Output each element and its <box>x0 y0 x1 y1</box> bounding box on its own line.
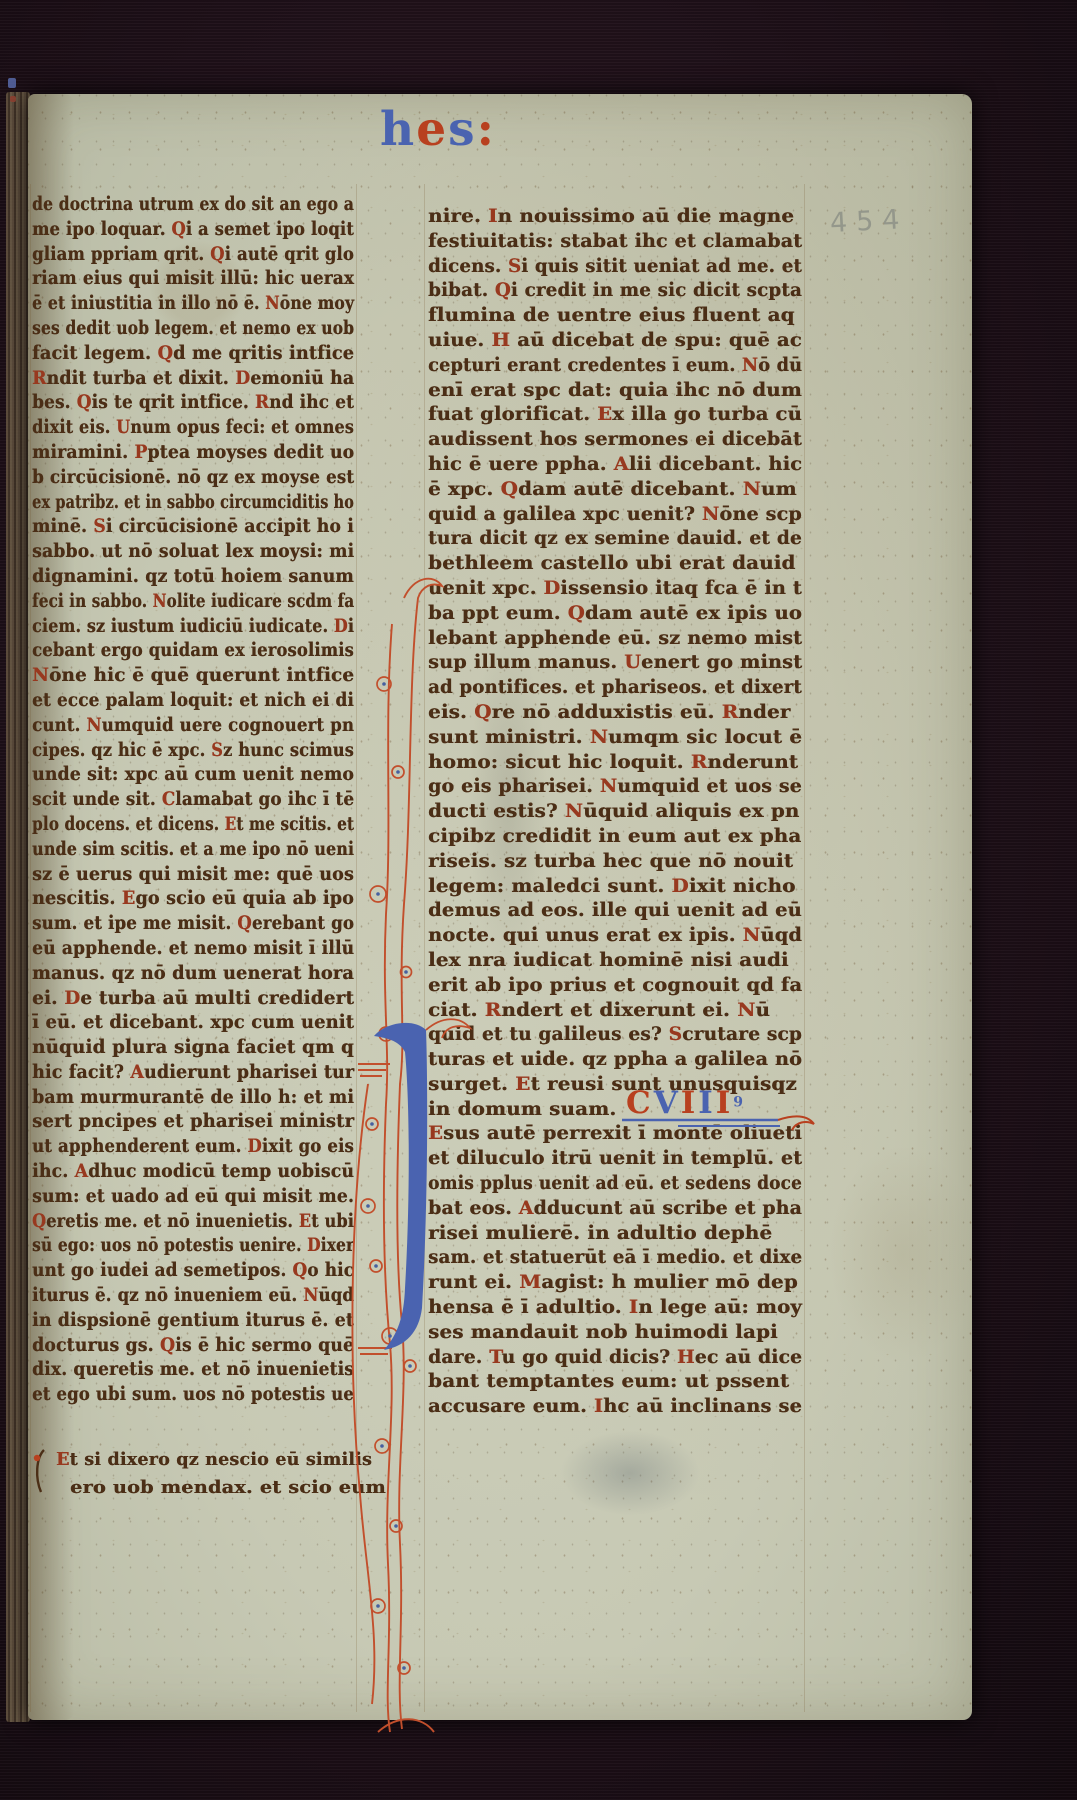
text-line: dare. Tu go quid dicis? Hec aū dice <box>428 1346 802 1371</box>
text-line: cipibz credidit in eum aut ex pha <box>428 825 802 850</box>
text-line: sum. et ipe me misit. Qerebant go <box>32 912 354 937</box>
text-line: minē. Si circūcisionē accipit ho i <box>32 515 354 540</box>
text-line: Nōne hic ē quē querunt intfice <box>32 664 354 689</box>
text-line: sert pncipes et pharisei ministr <box>32 1110 354 1135</box>
chapter-number-superscript: 9 <box>733 1095 743 1111</box>
text-line: ē xpc. Qdam autē dicebant. Num <box>428 478 802 503</box>
text-line: ad pontifices. et phariseos. et dixert <box>428 676 802 701</box>
title-letter: h <box>380 102 416 157</box>
text-line: sunt ministri. Numqm sic locut ē <box>428 726 802 751</box>
text-line: ba ppt eum. Qdam autē ex ipis uo <box>428 602 802 627</box>
text-line: ī eū. et dicebant. xpc cum uenit <box>32 1011 354 1036</box>
text-line: ex patribz. et in sabbo circumciditis ho <box>32 491 354 516</box>
chapter-rubric: CVIII9 <box>626 1088 816 1128</box>
ruling-line <box>804 184 805 1712</box>
text-line: gliam ppriam qrit. Qi autē qrit glo <box>32 243 354 268</box>
rubric-underline-icon <box>620 1112 820 1138</box>
text-line: legem: maledci sunt. Dixit nicho <box>428 875 802 900</box>
text-line: sup illum manus. Uenert go minst <box>428 651 802 676</box>
edge-fleck-blue <box>8 78 16 88</box>
text-line: hic facit? Audierunt pharisei tur <box>32 1061 354 1086</box>
edge-fleck-red <box>10 96 16 102</box>
text-line: docturus gs. Qis ē hic sermo quē <box>32 1334 354 1359</box>
text-line: uiue. H aū dicebat de spu: quē ac <box>428 329 802 354</box>
text-line: ciat. Rndert et dixerunt ei. Nū <box>428 999 802 1024</box>
addendum-lines: Et si dixero qz nescio eū similisero uob… <box>56 1446 372 1502</box>
text-line: et ecce palam loquit: et nich ei di <box>32 689 354 714</box>
text-line: sam. et statuerūt eā ī medio. et dixe <box>428 1246 802 1271</box>
text-line: bam murmurantē de illo h: et mi <box>32 1086 354 1111</box>
title-letter: e <box>416 102 448 157</box>
text-line: eū apphende. et nemo misit ī illū <box>32 937 354 962</box>
running-title: hes: <box>328 106 548 153</box>
text-line: nescitis. Ego scio eū quia ab ipo <box>32 887 354 912</box>
text-line: hensa ē ī adultio. In lege aū: moy <box>428 1296 802 1321</box>
text-line: flumina de uentre eius fluent aq <box>428 304 802 329</box>
text-line: turas et uide. qz ppha a galilea nō <box>428 1048 802 1073</box>
text-line: riam eius qui misit illū: hic uerax <box>32 267 354 292</box>
text-line: risei mulierē. in adultio dephē <box>428 1222 802 1247</box>
text-line: cebant ergo quidam ex ierosolimis <box>32 639 354 664</box>
folio-number: 454 <box>829 204 909 239</box>
text-line: et diluculo itrū uenit in templū. et <box>428 1147 802 1172</box>
text-line: ero uob mendax. et scio eum <box>70 1474 372 1502</box>
stain <box>560 1430 700 1516</box>
text-line: sum: et uado ad eū qui misit me. <box>32 1185 354 1210</box>
text-line: Rndit turba et dixit. Demoniū ha <box>32 367 354 392</box>
ruling-line <box>30 184 31 1712</box>
text-line: runt ei. Magist: h mulier mō dep <box>428 1271 802 1296</box>
text-line: omis pplus uenit ad eū. et sedens doce <box>428 1172 802 1197</box>
text-line: riseis. sz turba hec que nō nouit <box>428 850 802 875</box>
chapter-initial-letter-I <box>374 1023 427 1350</box>
text-line: demus ad eos. ille qui uenit ad eū <box>428 899 802 924</box>
text-line: ses mandauit nob huimodi lapi <box>428 1321 802 1346</box>
text-line: Et si dixero qz nescio eū similis <box>56 1446 372 1474</box>
text-line: nire. In nouissimo aū die magne <box>428 205 802 230</box>
text-line: ciem. sz iustum iudiciū iudicate. Di <box>32 615 354 640</box>
filigree-curls <box>361 677 416 1674</box>
text-line: ihc. Adhuc modicū temp uobiscū <box>32 1160 354 1185</box>
text-line: bat eos. Adducunt aū scribe et pha <box>428 1197 802 1222</box>
text-line: hic ē uere ppha. Alii dicebant. hic <box>428 453 802 478</box>
text-line: cepturi erant credentes ī eum. Nō dū <box>428 354 802 379</box>
text-line: go eis pharisei. Numquid et uos se <box>428 775 802 800</box>
photo-background: hes: 454 de doctrina utrum ex do sit an … <box>0 0 1077 1800</box>
text-line: sz ē uerus qui misit me: quē uos <box>32 863 354 888</box>
text-line: bethleem castello ubi erat dauid <box>428 552 802 577</box>
text-line: iturus ē. qz nō inueniem eū. Nūqd <box>32 1284 354 1309</box>
text-line: sabbo. ut nō soluat lex moysi: mi <box>32 540 354 565</box>
insertion-mark-icon <box>32 1448 48 1496</box>
text-line: ducti estis? Nūquid aliquis ex pn <box>428 800 802 825</box>
text-line: Qeretis me. et nō inuenietis. Et ubi <box>32 1210 354 1235</box>
text-line: cipes. qz hic ē xpc. Sz hunc scimus <box>32 739 354 764</box>
text-line: ē et iniustitia in illo nō ē. Nōne moy <box>32 292 354 317</box>
text-line: quid a galilea xpc uenit? Nōne scp <box>428 503 802 528</box>
text-line: unde sim scitis. et a me ipo nō ueni <box>32 838 354 863</box>
text-line: unt go iudei ad semetipos. Qo hic <box>32 1259 354 1284</box>
text-line: facit legem. Qd me qritis intfice <box>32 342 354 367</box>
text-line: tura dicit qz ex semine dauid. et de <box>428 527 802 552</box>
ruling-line <box>424 184 425 1712</box>
text-line: dix. queretis me. et nō inuenietis <box>32 1358 354 1383</box>
text-line: plo docens. et dicens. Et me scitis. et <box>32 813 354 838</box>
marginal-addendum: Et si dixero qz nescio eū similisero uob… <box>36 1446 372 1502</box>
text-line: homo: sicut hic loquit. Rnderunt <box>428 751 802 776</box>
text-line: nocte. qui unus erat ex ipis. Nūqd <box>428 924 802 949</box>
stain <box>828 1144 978 1364</box>
text-line: miramini. Pptea moyses dedit uo <box>32 441 354 466</box>
text-line: uenit xpc. Dissensio itaq fca ē in t <box>428 577 802 602</box>
text-line: lex nra iudicat hominē nisi audi <box>428 949 802 974</box>
text-line: ses dedit uob legem. et nemo ex uob <box>32 317 354 342</box>
text-line: sū ego: uos nō potestis uenire. Dixer <box>32 1234 354 1259</box>
text-line: et ego ubi sum. uos nō potestis ue <box>32 1383 354 1408</box>
text-line: unde sit: xpc aū cum uenit nemo <box>32 763 354 788</box>
text-line: de doctrina utrum ex do sit an ego a <box>32 193 354 218</box>
text-line: accusare eum. Ihc aū inclinans se <box>428 1395 802 1420</box>
text-line: quid et tu galileus es? Scrutare scp <box>428 1023 802 1048</box>
text-line: audissent hos sermones ei dicebāt <box>428 428 802 453</box>
book-edge-strip <box>6 92 30 1722</box>
text-line: eis. Qre nō adduxistis eū. Rnder <box>428 701 802 726</box>
text-line: nūquid plura signa faciet qm q <box>32 1036 354 1061</box>
text-line: festiuitatis: stabat ihc et clamabat <box>428 230 802 255</box>
text-line: dixit eis. Unum opus feci: et omnes <box>32 416 354 441</box>
text-line: lebant apphende eū. sz nemo mist <box>428 627 802 652</box>
text-line: manus. qz nō dum uenerat hora <box>32 962 354 987</box>
text-line: scit unde sit. Clamabat go ihc ī tē <box>32 788 354 813</box>
text-line: me ipo loquar. Qi a semet ipo loqit <box>32 218 354 243</box>
text-line: erit ab ipo prius et cognouit qd fa <box>428 974 802 999</box>
text-line: b circūcisionē. nō qz ex moyse est <box>32 466 354 491</box>
text-column-left: de doctrina utrum ex do sit an ego ame i… <box>32 193 354 1408</box>
filigree-dots <box>366 682 412 1670</box>
text-line: in dispsionē gentium iturus ē. et <box>32 1309 354 1334</box>
text-line: feci in sabbo. Nolite iudicare scdm fa <box>32 590 354 615</box>
text-line: bibat. Qi credit in me sic dicit scpta <box>428 279 802 304</box>
text-line: dignamini. qz totū hoiem sanum <box>32 565 354 590</box>
title-letter: s <box>448 102 476 157</box>
text-line: dicens. Si quis sitit ueniat ad me. et <box>428 255 802 280</box>
manuscript-page: hes: 454 de doctrina utrum ex do sit an … <box>28 94 972 1720</box>
text-line: ut apphenderent eum. Dixit go eis <box>32 1135 354 1160</box>
title-letter: : <box>477 102 496 157</box>
text-column-right: nire. In nouissimo aū die magnefestiuita… <box>428 205 802 1420</box>
text-line: bant temptantes eum: ut pssent <box>428 1370 802 1395</box>
text-line: ei. De turba aū multi credidert <box>32 987 354 1012</box>
text-line: enī erat spc dat: quia ihc nō dum <box>428 379 802 404</box>
text-line: fuat glorificat. Ex illa go turba cū <box>428 403 802 428</box>
text-line: bes. Qis te qrit intfice. Rnd ihc et <box>32 391 354 416</box>
text-line: cunt. Numquid uere cognouert pn <box>32 714 354 739</box>
